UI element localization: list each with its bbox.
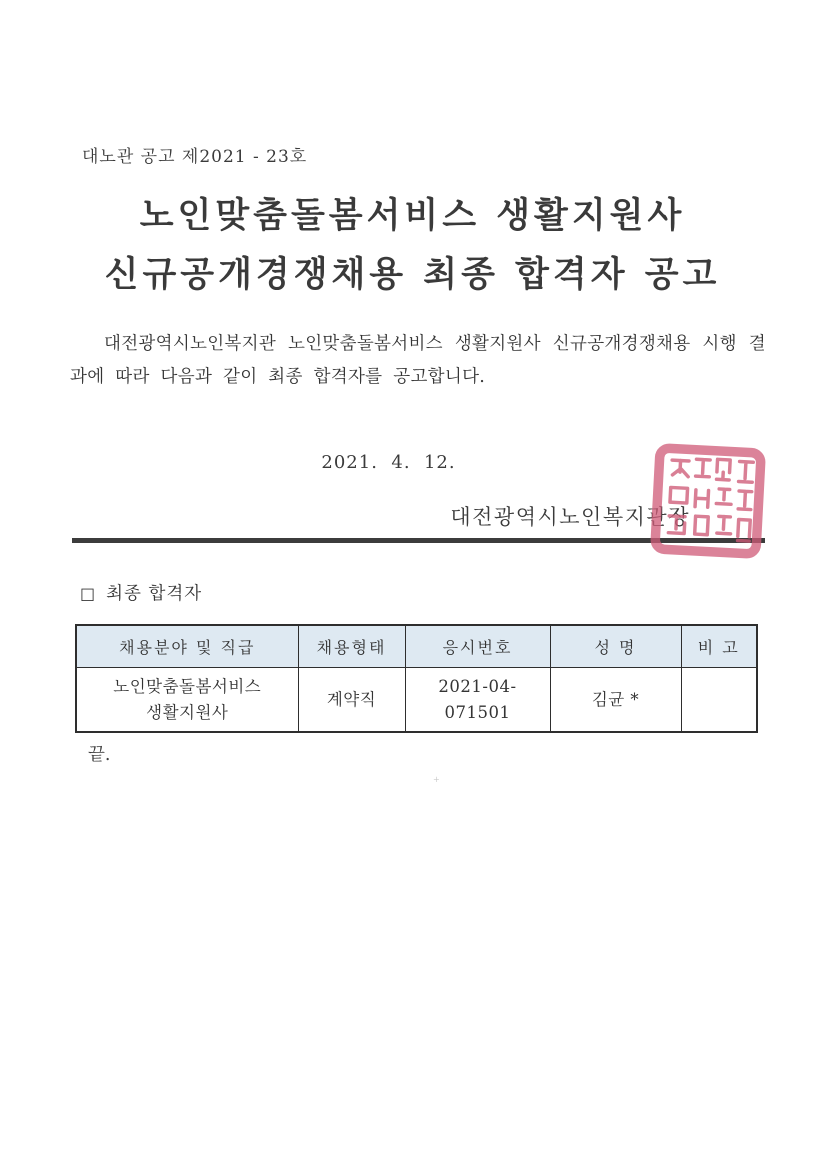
signer-name: 대전광역시노인복지관장	[450, 501, 690, 531]
cell-name: 김균 *	[550, 668, 681, 733]
announcement-paragraph: 대전광역시노인복지관 노인맞춤돌봄서비스 생활지원사 신규공개경쟁채용 시행 결…	[70, 328, 766, 394]
section-label: □최종 합격자	[80, 580, 202, 605]
col-header-note: 비 고	[681, 625, 757, 668]
section-label-text: 최종 합격자	[106, 584, 202, 604]
square-bullet-icon: □	[80, 584, 96, 603]
page-title: 노인맞춤돌봄서비스 생활지원사 신규공개경쟁채용 최종 합격자 공고	[0, 186, 825, 304]
doc-number: 대노관 공고 제2021 - 23호	[82, 142, 307, 167]
col-header-name: 성 명	[550, 625, 681, 668]
announcement-date: 2021. 4. 12.	[0, 452, 801, 473]
page-title-line-1: 노인맞춤돌봄서비스 생활지원사	[0, 186, 825, 245]
cell-employment-type: 계약직	[298, 668, 405, 733]
table-header-row: 채용분야 및 직급 채용형태 응시번호 성 명 비 고	[76, 625, 757, 668]
col-header-employment-type: 채용형태	[298, 625, 405, 668]
cell-applicant-number: 2021-04-071501	[405, 668, 550, 733]
table-row: 노인맞춤돌봄서비스 생활지원사 계약직 2021-04-071501 김균 *	[76, 668, 757, 733]
scan-artifact: +	[433, 777, 438, 782]
document-page: 대노관 공고 제2021 - 23호 노인맞춤돌봄서비스 생활지원사 신규공개경…	[0, 0, 825, 1167]
cell-recruit-field: 노인맞춤돌봄서비스 생활지원사	[76, 668, 298, 733]
col-header-recruit-field: 채용분야 및 직급	[76, 625, 298, 668]
col-header-applicant-number: 응시번호	[405, 625, 550, 668]
closing-text: 끝.	[88, 741, 110, 766]
page-title-line-2: 신규공개경쟁채용 최종 합격자 공고	[0, 245, 825, 304]
cell-note	[681, 668, 757, 733]
results-table: 채용분야 및 직급 채용형태 응시번호 성 명 비 고 노인맞춤돌봄서비스 생활…	[75, 624, 758, 733]
section-divider	[72, 538, 765, 543]
